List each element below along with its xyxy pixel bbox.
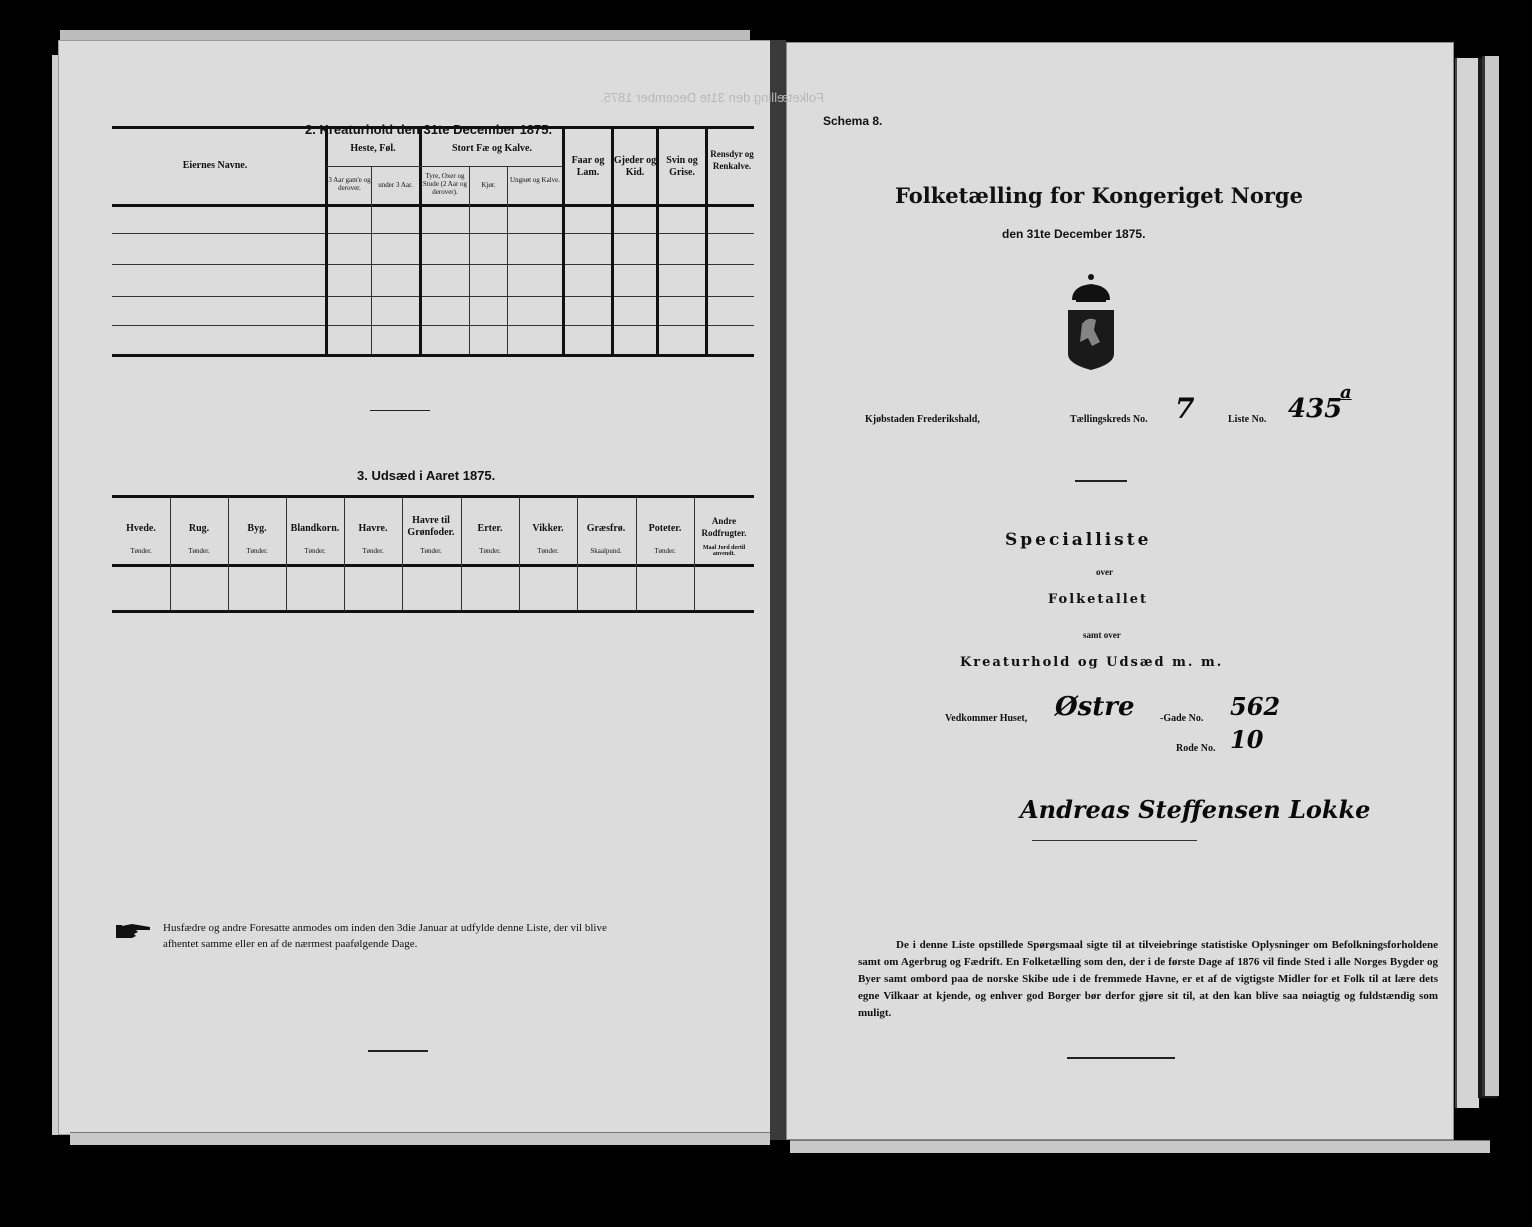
norwegian-coat-of-arms-icon xyxy=(1064,272,1118,372)
notice-line-2: afhentet samme eller en af de nærmest pa… xyxy=(163,936,711,952)
schema-number: Schema 8. xyxy=(823,114,882,128)
separator-rule xyxy=(368,1050,428,1052)
unit-graesfro: Skaalpund. xyxy=(577,547,635,555)
table2-col-divider xyxy=(419,127,422,355)
gade-value: 562 xyxy=(1230,692,1280,721)
unit-poteter: Tønder. xyxy=(636,547,694,555)
list-label: Liste No. xyxy=(1228,414,1266,425)
notice-line-1: Husfædre og andre Foresatte anmodes om i… xyxy=(163,920,711,936)
section3-title: 3. Udsæd i Aaret 1875. xyxy=(357,468,495,483)
separator-rule xyxy=(1075,480,1127,482)
document-date: den 31te December 1875. xyxy=(1002,227,1145,241)
unit-erter: Tønder. xyxy=(461,547,519,555)
col-hvede: Hvede. xyxy=(112,523,170,535)
col-havre-gronfoder: Havre til Grønfoder. xyxy=(402,515,460,539)
pointing-hand-icon xyxy=(116,922,152,940)
bleed-through-title: Folketælling den 31te December 1875. xyxy=(600,90,824,105)
kreaturhold-text: Kreaturhold og Udsæd m. m. xyxy=(960,655,1223,670)
unit-rug: Tønder. xyxy=(170,547,228,555)
right-page-stack-edge-2 xyxy=(1482,56,1499,1096)
signature: Andreas Steffensen Lokke xyxy=(1020,795,1370,824)
gade-label: -Gade No. xyxy=(1160,713,1203,724)
left-page-bottom-edge xyxy=(70,1132,770,1145)
district-label: Tællingskreds No. xyxy=(1070,414,1148,425)
col-pigs: Svin og Grise. xyxy=(659,155,705,179)
unit-byg: Tønder. xyxy=(228,547,286,555)
table2-col-divider xyxy=(325,127,328,355)
rode-label: Rode No. xyxy=(1176,743,1215,754)
col-reindeer: Rensdyr og Renkalve. xyxy=(707,148,757,172)
list-value: 435 xyxy=(1288,394,1342,424)
unit-vikker: Tønder. xyxy=(519,547,577,555)
unit-hvede: Tønder. xyxy=(112,547,170,555)
table3-bottom-rule xyxy=(112,610,754,613)
right-page-bottom-edge xyxy=(790,1140,1490,1153)
rode-value: 10 xyxy=(1230,725,1263,754)
table3-top-rule xyxy=(112,495,754,498)
table2-col-divider xyxy=(507,166,508,354)
col-sheep: Faar og Lam. xyxy=(565,155,611,179)
col-cattle: Stort Fæ og Kalve. xyxy=(422,143,562,155)
col-erter: Erter. xyxy=(461,523,519,535)
col-goats: Gjeder og Kid. xyxy=(613,155,657,179)
list-suffix: a xyxy=(1340,382,1352,403)
separator-rule xyxy=(370,410,430,411)
separator-rule xyxy=(1067,1057,1175,1059)
unit-andre-rodfrugter: Maal Jord dertil anvendt. xyxy=(694,545,754,557)
samt-over-text: samt over xyxy=(1083,630,1121,640)
col-cows: Kjør. xyxy=(470,181,507,189)
section2-title: 2. Kreaturhold den 31te December 1875. xyxy=(305,122,552,137)
col-vikker: Vikker. xyxy=(519,523,577,535)
col-andre-rodfrugter: Andre Rodfrugter. xyxy=(694,515,754,539)
col-havre: Havre. xyxy=(344,523,402,535)
col-poteter: Poteter. xyxy=(636,523,694,535)
street-name-handwritten: Østre xyxy=(1055,692,1135,722)
unit-blandkorn: Tønder. xyxy=(286,547,344,555)
over-text: over xyxy=(1096,567,1113,577)
house-label: Vedkommer Huset, xyxy=(945,713,1027,724)
col-rug: Rug. xyxy=(170,523,228,535)
right-page-stack-edge xyxy=(1455,58,1479,1108)
table3-header-rule xyxy=(112,564,754,567)
book-spine xyxy=(770,40,786,1140)
town-label: Kjøbstaden Frederikshald, xyxy=(865,414,980,425)
col-blandkorn: Blandkorn. xyxy=(286,523,344,535)
unit-havre: Tønder. xyxy=(344,547,402,555)
unit-havre-gronfoder: Tønder. xyxy=(402,547,460,555)
table2-col-divider xyxy=(469,166,470,354)
col-owners: Eiernes Navne. xyxy=(150,160,280,172)
district-value: 7 xyxy=(1175,392,1194,425)
table2-col-divider xyxy=(371,166,372,354)
col-graesfro: Græsfrø. xyxy=(577,523,635,535)
col-horses-3yr: 3 Aar gam'e og derover. xyxy=(328,176,371,192)
specialliste-title: Specialliste xyxy=(1005,530,1151,550)
col-horses-under3: under 3 Aar. xyxy=(372,181,419,189)
table2-subheader-line xyxy=(326,166,562,167)
col-byg: Byg. xyxy=(228,523,286,535)
explanatory-paragraph: De i denne Liste opstillede Spørgsmaal s… xyxy=(858,937,1438,1022)
folketallet-text: Folketallet xyxy=(1048,592,1148,607)
document-title: Folketælling for Kongeriget Norge xyxy=(895,183,1303,208)
col-young-cattle: Ungnøt og Kalve. xyxy=(508,176,562,184)
col-horses: Heste, Føl. xyxy=(328,143,418,155)
signature-underline xyxy=(1032,840,1197,841)
col-bulls: Tyre, Oxer og Stude (2 Aar og derover). xyxy=(421,172,469,196)
